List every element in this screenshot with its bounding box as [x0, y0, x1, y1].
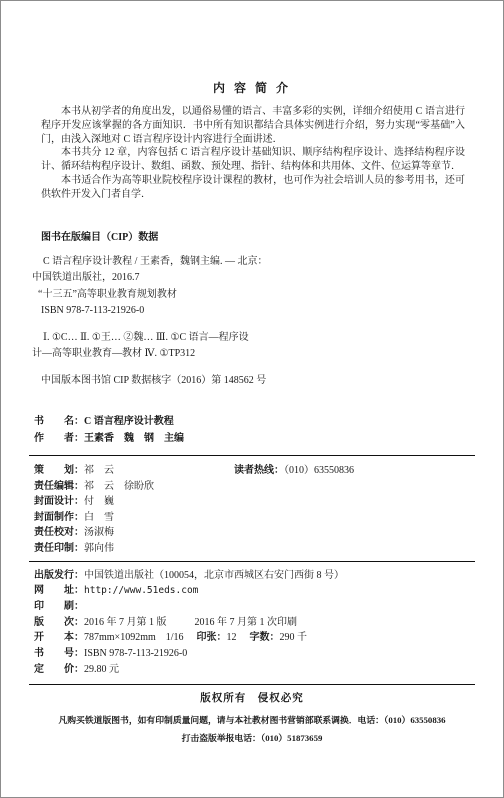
- quality-notice: 凡购买铁道版图书，如有印制质量问题，请与本社教材图书营销部联系调换．电话：（01…: [29, 715, 475, 726]
- credit-value: 祁 云: [84, 465, 114, 476]
- copyright-notice: 版权所有 侵权必究: [29, 692, 475, 706]
- pub-label: 网 址：: [34, 585, 84, 596]
- pub-row-printer: 印 刷：: [29, 599, 475, 615]
- credit-row-cover-production: 封面制作：白 雪: [29, 510, 475, 526]
- intro-paragraph: 本书适合作为高等职业院校程序设计课程的教材，也可作为社会培训人员的参考用书，还可…: [41, 174, 465, 202]
- divider: [29, 561, 475, 562]
- pub-label: 开 本：: [34, 632, 84, 643]
- credit-value: 郭向伟: [84, 543, 114, 554]
- piracy-hotline: 打击盗版举报电话：（010）51873659: [29, 733, 475, 744]
- book-author-label: 作 者：: [34, 433, 84, 444]
- cip-classification-line: Ⅰ. ①C… Ⅱ. ①王… ②魏… Ⅲ. ①C 语言—程序设: [29, 330, 475, 347]
- credit-row-proofreader: 责任校对：汤淑梅: [29, 525, 475, 541]
- credits-section: 策 划：祁 云 读者热线：（010）63550836 责任编辑：祁 云 徐盼欣 …: [29, 463, 475, 557]
- wordcount-value: 290 千: [280, 632, 308, 643]
- sheets-value: 12: [227, 632, 237, 643]
- publication-section: 出版发行：中国铁道出版社（100054，北京市西城区右安门西街 8 号） 网 址…: [29, 568, 475, 678]
- book-title-label: 书 名：: [34, 416, 84, 427]
- cip-registration-line: 中国版本图书馆 CIP 数据核字（2016）第 148562 号: [29, 373, 475, 390]
- cip-section: C 语言程序设计教程 / 王素香，魏钢主编. — 北京： 中国铁道出版社，201…: [29, 254, 475, 390]
- cip-line: C 语言程序设计教程 / 王素香，魏钢主编. — 北京：: [29, 254, 475, 271]
- cip-isbn-line: ISBN 978-7-113-21926-0: [29, 303, 475, 320]
- book-meta-section: 书 名：C 语言程序设计教程 作 者：王素香 魏 钢 主编: [29, 413, 475, 447]
- reader-hotline-number: （010）63550836: [284, 465, 354, 476]
- reader-hotline-label: 读者热线：: [234, 465, 284, 476]
- book-title-row: 书 名：C 语言程序设计教程: [29, 413, 475, 430]
- website-url: http://www.51eds.com: [84, 585, 198, 596]
- credit-label: 责任校对：: [34, 527, 84, 538]
- intro-paragraph: 本书从初学者的角度出发，以通俗易懂的语言、丰富多彩的实例，详细介绍使用 C 语言…: [41, 105, 465, 146]
- intro-section: 本书从初学者的角度出发，以通俗易懂的语言、丰富多彩的实例，详细介绍使用 C 语言…: [29, 105, 475, 202]
- credit-row-editor: 责任编辑：祁 云 徐盼欣: [29, 479, 475, 495]
- copyright-page: 内 容 简 介 本书从初学者的角度出发，以通俗易懂的语言、丰富多彩的实例，详细介…: [0, 0, 504, 798]
- pub-label: 书 号：: [34, 648, 84, 659]
- pub-row-website: 网 址：http://www.51eds.com: [29, 583, 475, 599]
- credit-label: 责任编辑：: [34, 481, 84, 492]
- pub-label: 印 刷：: [34, 601, 84, 612]
- credit-value: 祁 云 徐盼欣: [84, 481, 154, 492]
- credit-value: 付 巍: [84, 496, 114, 507]
- pub-row-format: 开 本：787mm×1092mm 1/16印张：12字数：290 千: [29, 630, 475, 646]
- pub-row-price: 定 价：29.80 元: [29, 662, 475, 678]
- credit-label: 策 划：: [34, 465, 84, 476]
- pub-value: 中国铁道出版社（100054，北京市西城区右安门西街 8 号）: [84, 570, 344, 581]
- credit-row-cover-design: 封面设计：付 巍: [29, 494, 475, 510]
- cip-line: 中国铁道出版社，2016.7: [29, 270, 475, 287]
- credit-label: 封面设计：: [34, 496, 84, 507]
- pub-label: 定 价：: [34, 664, 84, 675]
- pub-row-edition: 版 次：2016 年 7 月第 1 版2016 年 7 月第 1 次印刷: [29, 615, 475, 631]
- credit-label: 责任印制：: [34, 543, 84, 554]
- intro-paragraph: 本书共分 12 章，内容包括 C 语言程序设计基础知识、顺序结构程序设计、选择结…: [41, 146, 465, 174]
- cip-heading: 图书在版编目（CIP）数据: [29, 228, 475, 243]
- credit-row-print-supervisor: 责任印制：郭向伟: [29, 541, 475, 557]
- cip-line: “十三五”高等职业教育规划教材: [29, 287, 475, 304]
- book-author-value: 王素香 魏 钢 主编: [84, 433, 184, 444]
- pub-label: 版 次：: [34, 617, 84, 628]
- wordcount-label: 字数：: [250, 632, 280, 643]
- price-value: 29.80 元: [84, 664, 119, 675]
- divider: [29, 455, 475, 456]
- cip-classification-line: 计—高等职业教育—教材 Ⅳ. ①TP312: [29, 346, 475, 363]
- sheets-label: 印张：: [197, 632, 227, 643]
- pub-row-isbn: 书 号：ISBN 978-7-113-21926-0: [29, 646, 475, 662]
- credit-row-planner: 策 划：祁 云 读者热线：（010）63550836: [29, 463, 475, 479]
- divider: [29, 684, 475, 685]
- format-value: 787mm×1092mm 1/16: [84, 632, 184, 643]
- book-title-value: C 语言程序设计教程: [84, 416, 174, 427]
- pub-label: 出版发行：: [34, 570, 84, 581]
- printing-value: 2016 年 7 月第 1 次印刷: [195, 617, 298, 628]
- intro-title: 内 容 简 介: [29, 81, 475, 95]
- book-author-row: 作 者：王素香 魏 钢 主编: [29, 430, 475, 447]
- pub-row-publisher: 出版发行：中国铁道出版社（100054，北京市西城区右安门西街 8 号）: [29, 568, 475, 584]
- credit-value: 白 雪: [84, 512, 114, 523]
- credit-label: 封面制作：: [34, 512, 84, 523]
- edition-value: 2016 年 7 月第 1 版: [84, 617, 167, 628]
- reader-hotline: 读者热线：（010）63550836: [234, 463, 354, 479]
- isbn-value: ISBN 978-7-113-21926-0: [84, 648, 187, 659]
- credit-value: 汤淑梅: [84, 527, 114, 538]
